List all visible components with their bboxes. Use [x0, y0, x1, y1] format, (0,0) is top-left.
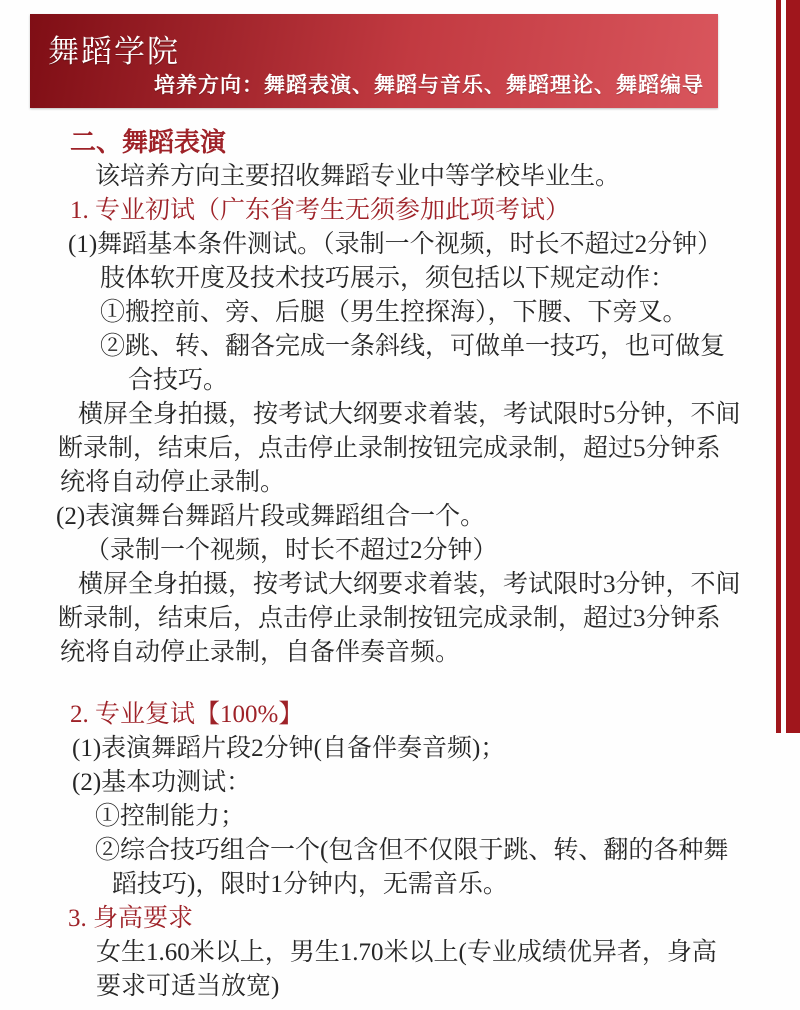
right-edge-band-stripe — [786, 0, 800, 733]
text-line: 横屏全身拍摄，按考试大纲要求着装，考试限时3分钟，不间 — [78, 568, 770, 602]
content-lines: 二、舞蹈表演该培养方向主要招收舞蹈专业中等学校毕业生。1. 专业初试（广东省考生… — [0, 126, 770, 1004]
item-basic-skill-test: (2)基本功测试： — [72, 766, 770, 800]
heading-height-requirement: 3. 身高要求 — [68, 902, 770, 936]
text-line: 蹈技巧)，限时1分钟内，无需音乐。 — [112, 868, 770, 902]
text-line: 要求可适当放宽) — [96, 970, 770, 1004]
intro-line: 该培养方向主要招收舞蹈专业中等学校毕业生。 — [95, 160, 770, 194]
sub-item-1: ①搬控前、旁、后腿（男生控探海），下腰、下旁叉。 — [100, 296, 770, 330]
text-line: 横屏全身拍摄，按考试大纲要求着装，考试限时5分钟，不间 — [78, 398, 770, 432]
text-line: 断录制，结束后，点击停止录制按钮完成录制，超过3分钟系 — [58, 602, 770, 636]
text-line: （录制一个视频，时长不超过2分钟） — [85, 534, 770, 568]
page-title: 舞蹈学院 — [48, 26, 180, 71]
sub-item-1: ①控制能力； — [95, 800, 770, 834]
banner-subtitle: 培养方向：舞蹈表演、舞蹈与音乐、舞蹈理论、舞蹈编导 — [154, 69, 704, 99]
text-line: 断录制，结束后，点击停止录制按钮完成录制，超过5分钟系 — [58, 432, 770, 466]
section-heading-dance-performance: 二、舞蹈表演 — [70, 126, 770, 160]
sub-item-2: ②综合技巧组合一个(包含但不仅限于跳、转、翻的各种舞 — [95, 834, 770, 868]
right-edge-thin-stripe — [776, 0, 781, 733]
text-line: 合技巧。 — [128, 364, 770, 398]
item-stage-dance: (2)表演舞台舞蹈片段或舞蹈组合一个。 — [56, 500, 770, 534]
text-line: 女生1.60米以上，男生1.70米以上(专业成绩优异者，身高 — [96, 936, 770, 970]
sub-item-2: ②跳、转、翻各完成一条斜线，可做单一技巧，也可做复 — [100, 330, 770, 364]
item-basic-condition-test: (1)舞蹈基本条件测试。（录制一个视频，时长不超过2分钟） — [68, 228, 770, 262]
heading-preliminary-exam: 1. 专业初试（广东省考生无须参加此项考试） — [70, 194, 770, 228]
text-line: 统将自动停止录制。 — [60, 466, 770, 500]
text-line: 统将自动停止录制，自备伴奏音频。 — [60, 636, 770, 670]
heading-second-exam: 2. 专业复试【100%】 — [70, 698, 770, 732]
document-page: 舞蹈学院 培养方向：舞蹈表演、舞蹈与音乐、舞蹈理论、舞蹈编导 二、舞蹈表演该培养… — [0, 0, 800, 1010]
item-dance-fragment: (1)表演舞蹈片段2分钟(自备伴奏音频)； — [72, 732, 770, 766]
header-banner: 舞蹈学院 培养方向：舞蹈表演、舞蹈与音乐、舞蹈理论、舞蹈编导 — [30, 14, 718, 108]
text-line: 肢体软开度及技术技巧展示，须包括以下规定动作： — [100, 262, 770, 296]
